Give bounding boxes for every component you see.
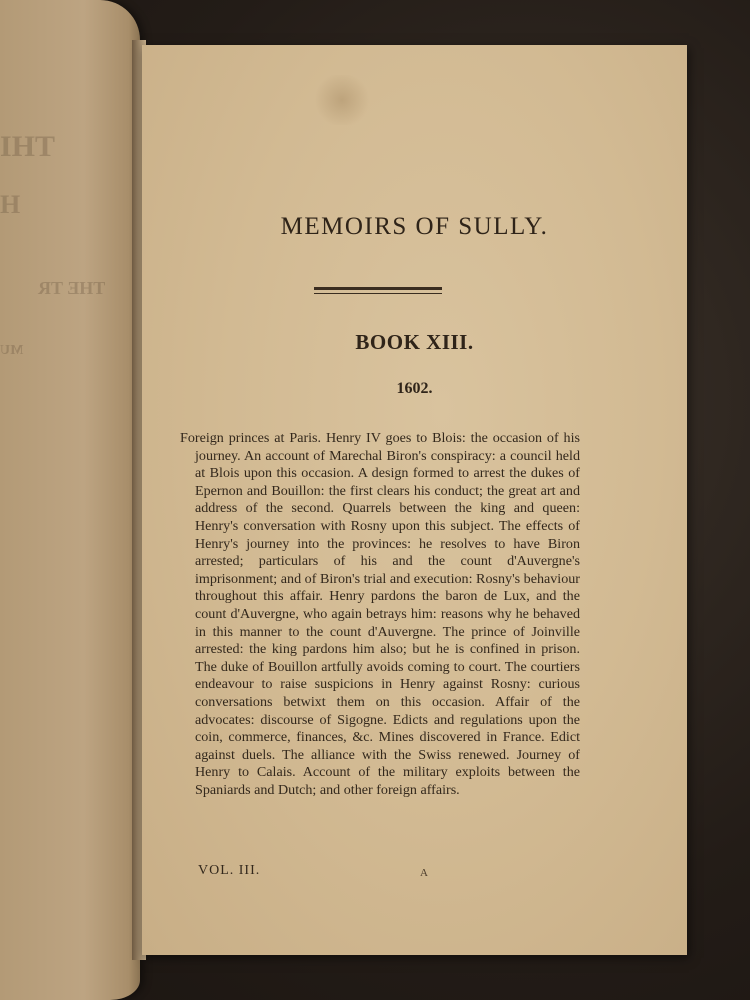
show-through-text: THE TR xyxy=(38,278,105,299)
show-through-text: THI xyxy=(0,130,55,164)
show-through-text: MU xyxy=(0,343,23,359)
title-rule xyxy=(314,287,442,294)
right-page: MEMOIRS OF SULLY. BOOK XIII. 1602. Forei… xyxy=(142,45,687,955)
summary-text: Foreign princes at Paris. Henry IV goes … xyxy=(180,430,580,799)
volume-signature: VOL. III. xyxy=(198,863,260,879)
signature-mark: A xyxy=(420,867,428,879)
show-through-text: H xyxy=(0,190,20,220)
year-heading: 1602. xyxy=(142,380,687,398)
left-page: THI H THE TR MU xyxy=(0,0,140,1000)
chapter-summary: Foreign princes at Paris. Henry IV goes … xyxy=(180,430,580,799)
running-title: MEMOIRS OF SULLY. xyxy=(142,213,687,241)
paper-stain xyxy=(312,75,372,125)
book-heading: BOOK XIII. xyxy=(142,330,687,355)
